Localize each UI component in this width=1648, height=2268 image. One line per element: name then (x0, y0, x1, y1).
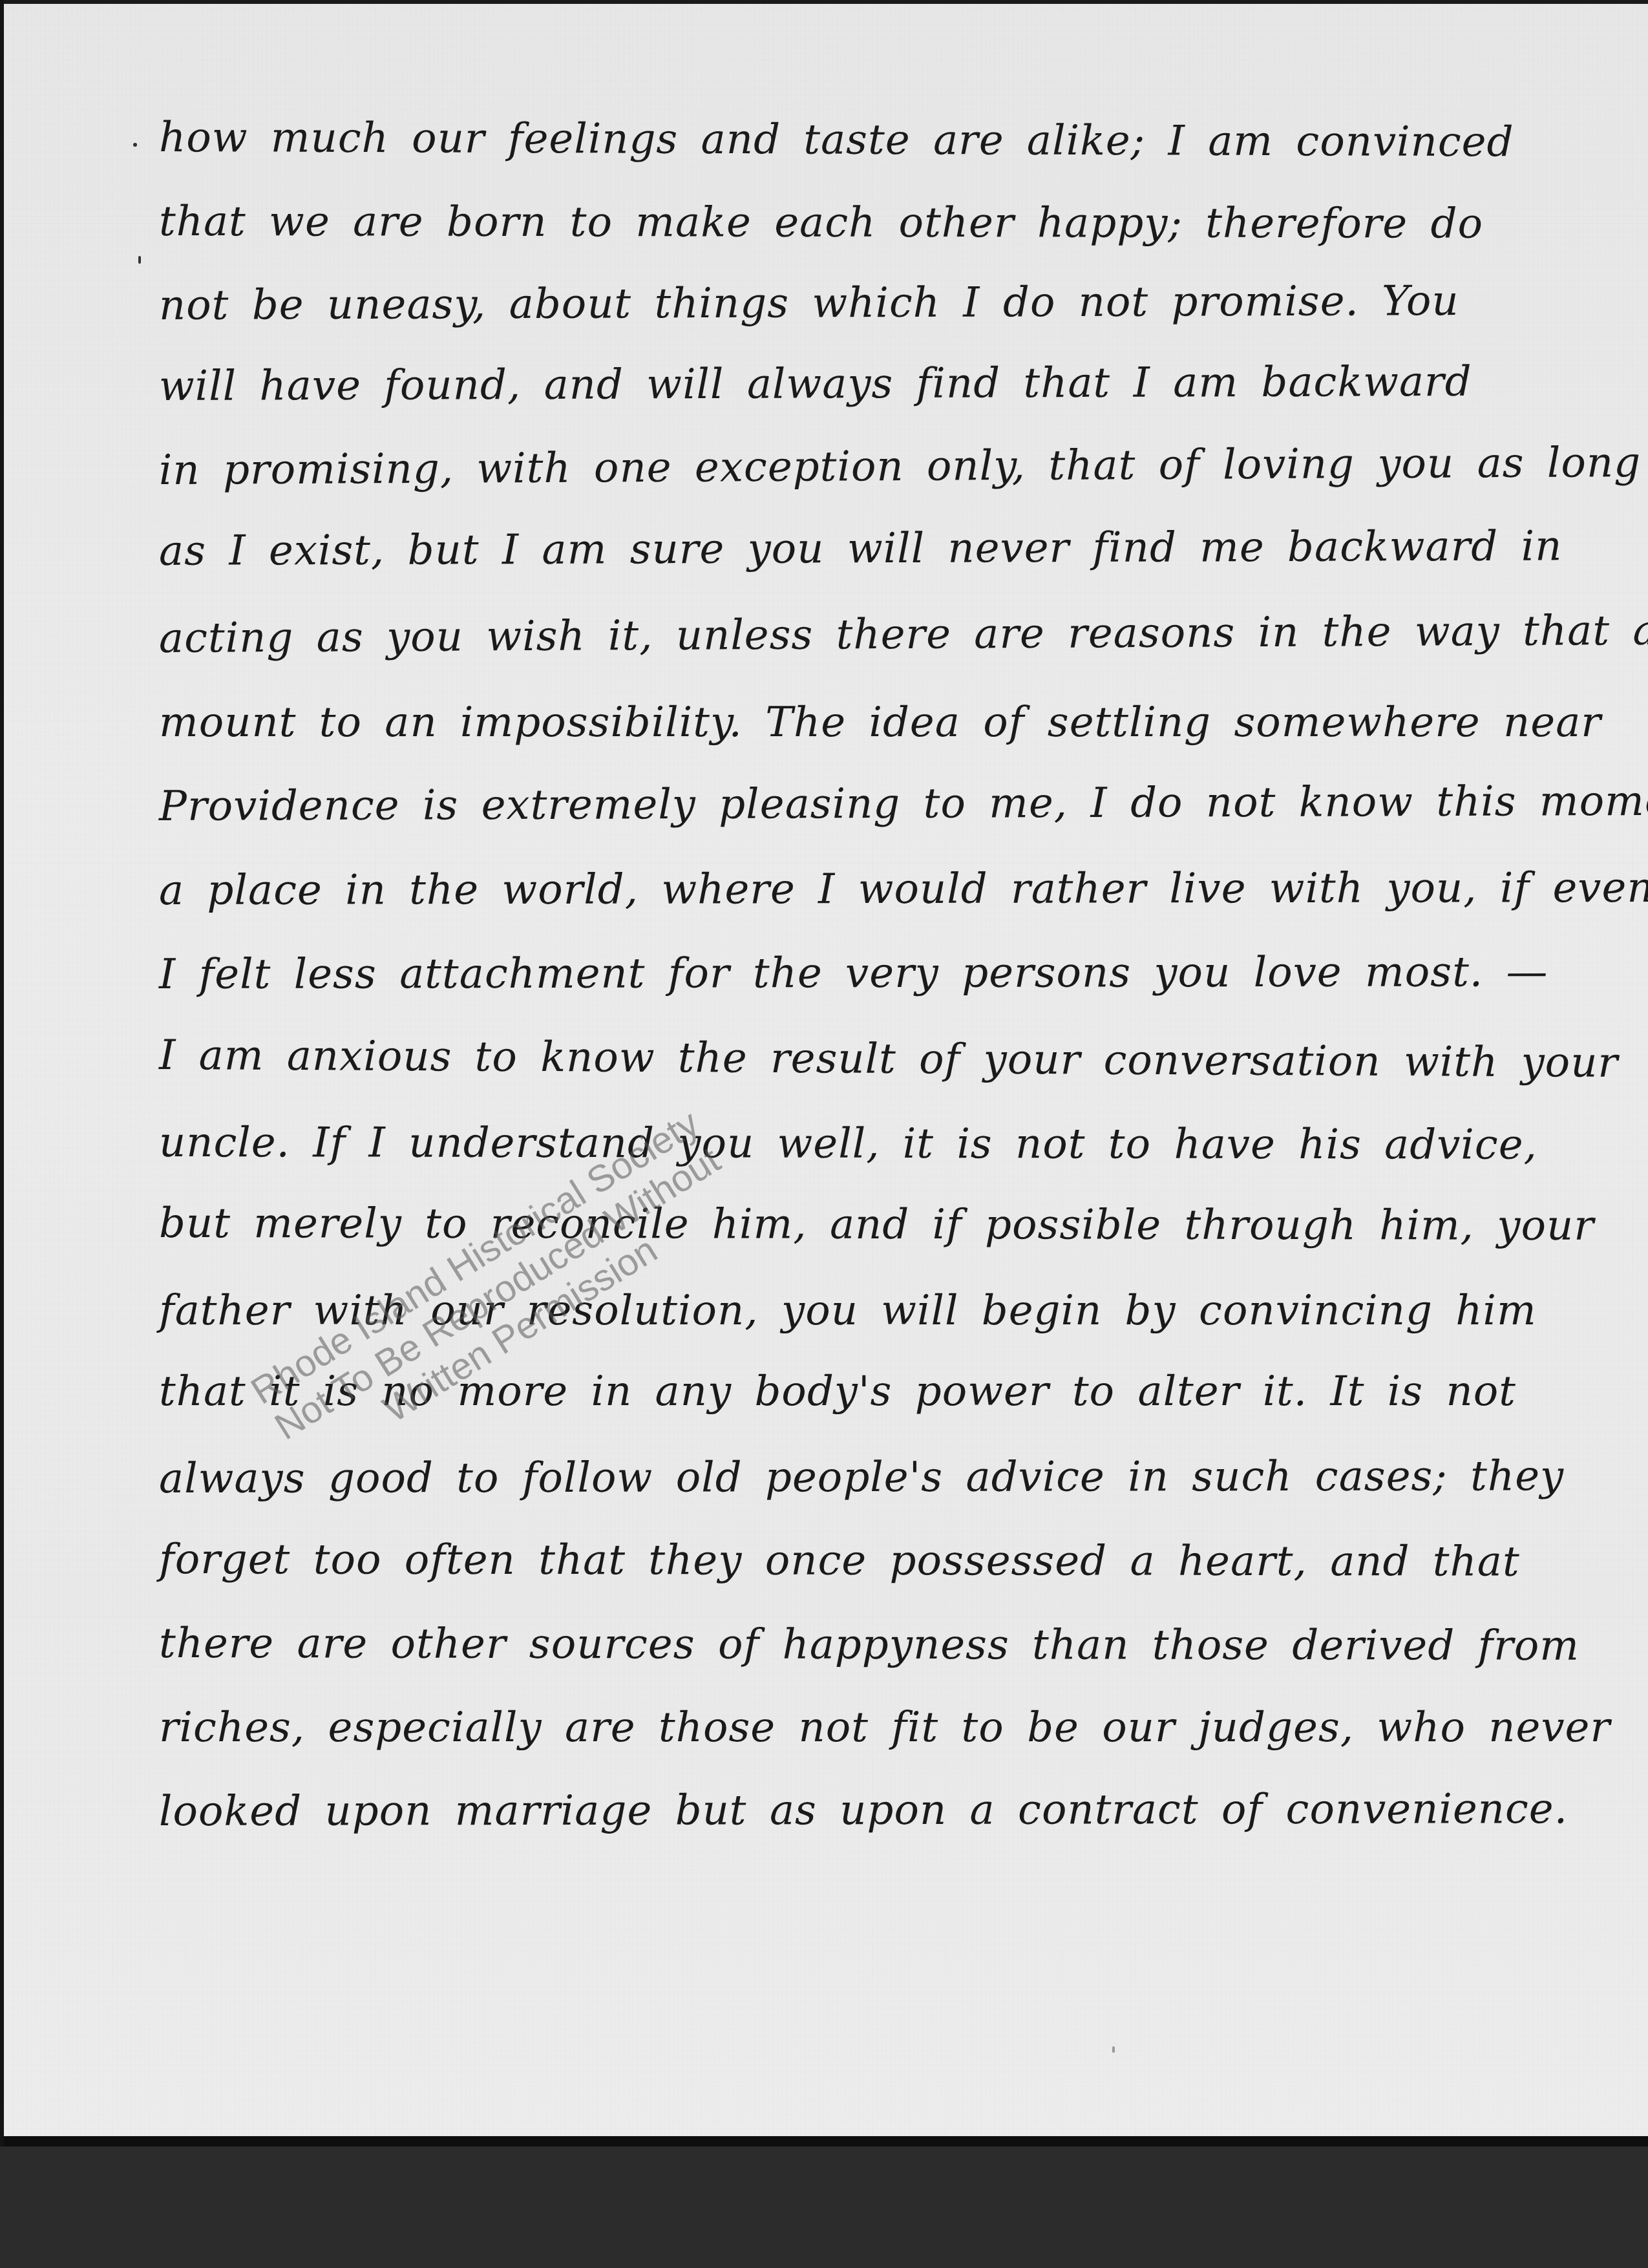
page-bottom-shadow (4, 2136, 1648, 2146)
letter-line: Providence is extremely pleasing to me, … (159, 778, 1648, 831)
letter-line: that it is no more in any body's power t… (159, 1368, 1516, 1415)
letter-line: forget too often that they once possesse… (159, 1536, 1520, 1586)
letter-line: but merely to reconcile him, and if poss… (159, 1200, 1594, 1250)
paper-speck (1112, 2046, 1115, 2053)
letter-line: I am anxious to know the result of your … (159, 1032, 1618, 1087)
paper-speck (133, 143, 137, 147)
letter-line: riches, especially are those not fit to … (159, 1704, 1611, 1752)
letter-line: not be uneasy, about things which I do n… (159, 277, 1459, 330)
letter-line: will have found, and will always find th… (159, 358, 1472, 410)
letter-line: looked upon marriage but as upon a contr… (159, 1785, 1568, 1836)
letter-line: father with our resolution, you will beg… (159, 1287, 1537, 1335)
letter-line: that we are born to make each other happ… (159, 198, 1483, 248)
letter-line: there are other sources of happyness tha… (159, 1620, 1579, 1670)
letter-line: uncle. If I understand you well, it is n… (159, 1119, 1537, 1169)
letter-line: mount to an impossibility. The idea of s… (159, 699, 1601, 747)
paper-speck (138, 256, 141, 264)
letter-line: how much our feelings and taste are alik… (159, 114, 1514, 166)
letter-line: in promising, with one exception only, t… (159, 439, 1641, 494)
letter-page: how much our feelings and taste are alik… (4, 4, 1648, 2136)
letter-line: acting as you wish it, unless there are … (159, 607, 1648, 662)
letter-line: a place in the world, where I would rath… (159, 864, 1648, 915)
letter-line: always good to follow old people's advic… (159, 1452, 1564, 1503)
scanner-background (0, 2146, 1648, 2268)
letter-line: as I exist, but I am sure you will never… (159, 522, 1563, 575)
letter-line: I felt less attachment for the very pers… (159, 948, 1548, 999)
